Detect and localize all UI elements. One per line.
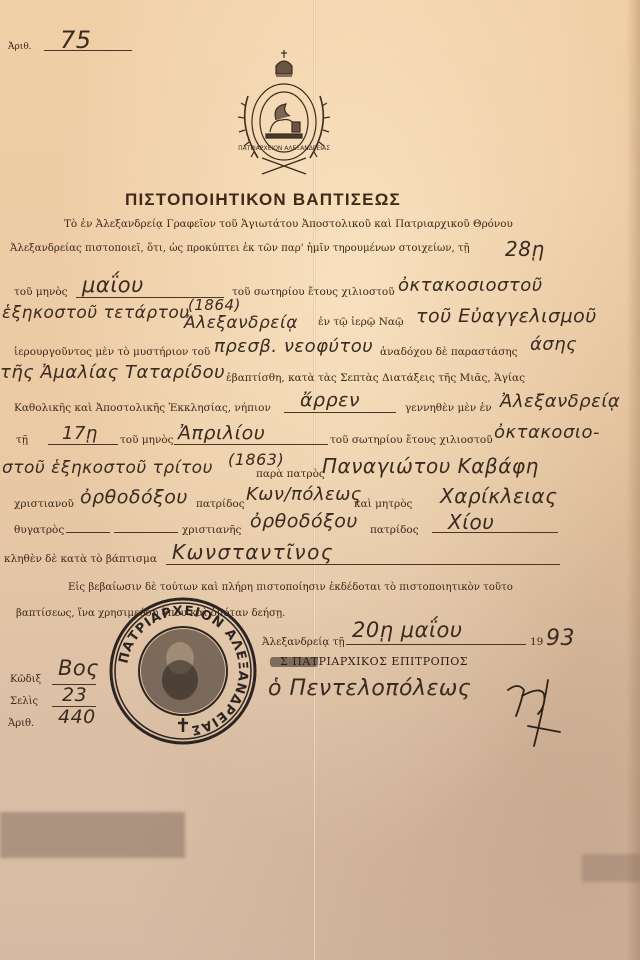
- crest-ring-text: ΠΑΤΡΙΑΡΧΕΙΟΝ ΑΛΕΞΑΝΔΡΕΙΑΣ: [238, 145, 330, 152]
- page-label: Σελὶς: [10, 696, 38, 707]
- text-line-7a: Καθολικῆς καὶ Ἀποστολικῆς Ἐκκλησίας, νήπ…: [14, 402, 271, 414]
- issue-place: Ἀλεξανδρείᾳ τῇ: [262, 636, 345, 648]
- text-line-7b: γεννηθὲν μὲν ἐν: [405, 402, 492, 414]
- birth-day: 17ῃ: [62, 423, 98, 444]
- text-line-12a: κληθὲν δὲ κατὰ τὸ βάπτισμα: [4, 553, 157, 565]
- birth-year-words-cont: στοῦ ἑξηκοστοῦ τρίτου: [2, 458, 213, 478]
- baptism-month: μαΐου: [82, 273, 144, 297]
- patriarchate-crest-icon: ΠΑΤΡΙΑΡΧΕΙΟΝ ΑΛΕΞΑΝΔΡΕΙΑΣ: [232, 46, 336, 176]
- mother-religion: ὀρθοδόξου: [250, 510, 358, 532]
- paper-edge-shadow: [626, 0, 640, 960]
- birth-month: Ἀπριλίου: [178, 422, 265, 444]
- baptism-year-words-cont: ἑξηκοστοῦ τετάρτου: [2, 303, 190, 323]
- codex-label: Κῶδιξ: [10, 674, 41, 685]
- baptism-place: Ἀλεξανδρείᾳ: [184, 313, 298, 333]
- mother-homeland: Χίου: [448, 510, 494, 534]
- text-line-3a: τοῦ μηνὸς: [14, 286, 68, 298]
- fill-rule: [48, 444, 118, 445]
- text-line-5b: ἀναδόχου δὲ παραστάσης: [380, 346, 518, 358]
- register-number-label: Ἀριθ.: [8, 718, 34, 729]
- ink-smudge: [0, 812, 185, 858]
- issue-date: 20ῃ μαΐου: [352, 618, 463, 642]
- text-line-13: Εἰς βεβαίωσιν δὲ τούτων καὶ πλήρη πιστοπ…: [68, 582, 513, 593]
- text-line-2: Ἀλεξανδρείας πιστοποιεῖ, ὅτι, ὡς προκύπτ…: [10, 243, 470, 254]
- text-line-11c: πατρίδος: [370, 524, 419, 536]
- issue-year-prefix: 19: [530, 636, 543, 648]
- signatory-title: Σ ΠΑΤΡΙΑΡΧΙΚΟΣ ΕΠΙΤΡΟΠΟΣ: [280, 655, 468, 668]
- baptism-day: 28ῃ: [505, 237, 545, 261]
- text-line-8b: τοῦ μηνὸς: [120, 434, 174, 446]
- godparent-name: τῆς Ἀμαλίας Ταταρίδου: [0, 362, 225, 383]
- page-value: 23: [62, 684, 87, 706]
- signatory-signature: ὁ Πεντελοπόλεως: [268, 676, 471, 701]
- godparent-suffix: άσης: [530, 334, 577, 355]
- text-line-6b: ἐβαπτίσθη, κατὰ τὰς Σεπτὰς Διατάξεις τῆς…: [226, 372, 525, 384]
- certificate-title: ΠΙΣΤΟΠΟΙΗΤΙΚΟΝ ΒΑΠΤΙΣΕΩΣ: [125, 190, 401, 210]
- fill-rule: [346, 644, 526, 645]
- baptism-year-words: ὀκτακοσιοστοῦ: [398, 275, 543, 296]
- text-line-9b: παρὰ πατρὸς: [256, 468, 325, 480]
- text-line-10a: χριστιανοῦ: [14, 498, 74, 510]
- ink-smudge: [582, 854, 640, 882]
- text-line-8a: τῇ: [16, 434, 28, 446]
- birth-year-number: (1863): [228, 450, 284, 469]
- text-line-3b: τοῦ σωτηρίου ἔτους χιλιοστοῦ: [232, 286, 395, 298]
- father-religion: ὀρθοδόξου: [80, 486, 188, 508]
- patriarchate-seal-icon: ΠΑΤΡΙΑΡΧΕΙΟΝ ΑΛΕΞΑΝΔΡΕΙΑΣ: [108, 596, 258, 746]
- issue-year-suffix: 93: [546, 626, 575, 651]
- number-value: 75: [60, 26, 92, 54]
- text-line-8c: τοῦ σωτηρίου ἔτους χιλιοστοῦ: [330, 434, 493, 446]
- text-line-4b: ἐν τῷ ἱερῷ Ναῷ: [318, 316, 404, 328]
- fill-rule: [166, 564, 560, 565]
- text-line-1: Τὸ ἐν Ἀλεξανδρείᾳ Γραφεῖον τοῦ Ἁγιωτάτου…: [64, 218, 513, 230]
- number-label: Ἀριθ.: [8, 42, 32, 52]
- register-number-value: 440: [58, 706, 96, 728]
- fill-rule: [174, 444, 328, 445]
- text-line-10b: πατρίδος: [196, 498, 245, 510]
- text-line-10c: καὶ μητρὸς: [354, 498, 412, 510]
- signature-initials-icon: [500, 676, 570, 756]
- birth-year-words: ὀκτακοσιο-: [494, 422, 600, 443]
- fill-rule: [66, 532, 110, 533]
- child-sex: ἄρρεν: [300, 389, 360, 411]
- church-name: τοῦ Εὐαγγελισμοῦ: [416, 305, 597, 327]
- mother-name: Χαρίκλειας: [440, 484, 557, 508]
- fill-rule: [114, 532, 178, 533]
- officiating-priest: πρεσβ. νεοφύτου: [214, 336, 373, 357]
- text-line-11a: θυγατρὸς: [14, 524, 64, 536]
- baptismal-name: Κωνσταντῖνος: [172, 540, 334, 564]
- text-line-11b: χριστιανῆς: [182, 524, 241, 536]
- baptism-year-number: (1864): [188, 296, 241, 314]
- father-name: Παναγιώτου Καβάφη: [322, 454, 539, 478]
- fill-rule: [284, 412, 396, 413]
- birth-place: Ἀλεξανδρείᾳ: [500, 391, 620, 412]
- codex-value: Βος: [58, 656, 99, 680]
- text-line-5a: ἱερουργοῦντος μὲν τὸ μυστήριον τοῦ: [14, 346, 210, 358]
- father-homeland: Κων/πόλεως: [246, 484, 362, 505]
